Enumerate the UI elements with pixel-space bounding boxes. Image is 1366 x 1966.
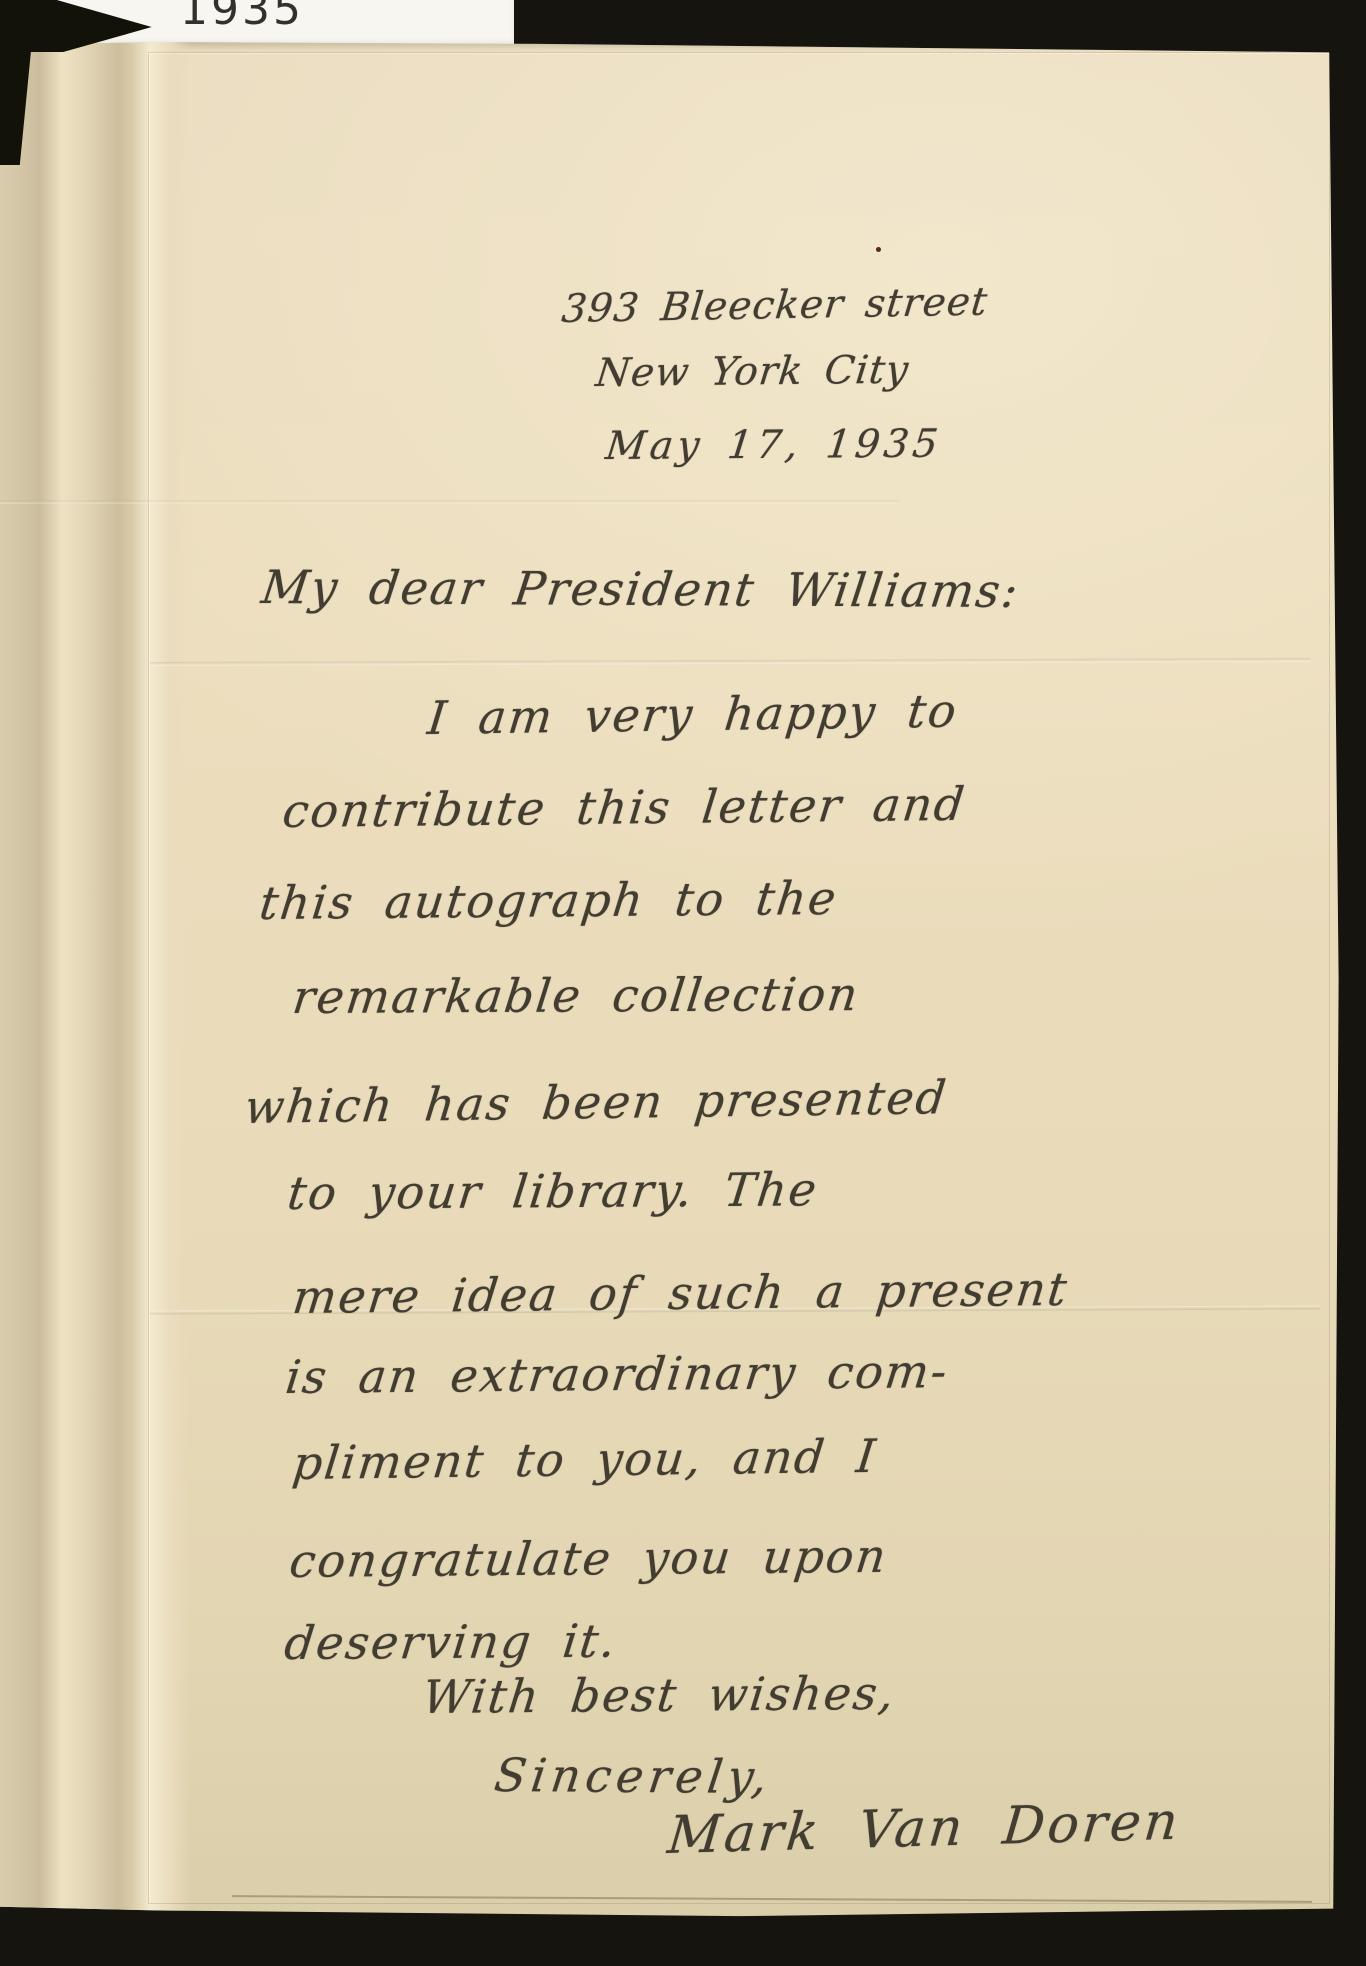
address-line: 393 Bleecker street	[560, 283, 990, 329]
page-gutter-fold	[0, 42, 190, 1918]
body-line: contribute this letter and	[280, 781, 968, 834]
body-line: this autograph to the	[257, 875, 840, 926]
address-line: New York City	[594, 351, 911, 393]
body-line: remarkable collection	[290, 971, 862, 1020]
date-line: May 17, 1935	[604, 425, 944, 466]
salutation: My dear President Williams:	[259, 564, 1022, 614]
body-line: to your library. The	[285, 1166, 820, 1216]
body-line: deserving it.	[282, 1618, 619, 1666]
year-label: 1935	[180, 0, 304, 35]
body-line: congratulate you upon	[287, 1533, 890, 1584]
signature: Mark Van Doren	[666, 1796, 1184, 1862]
closing-line: With best wishes,	[420, 1670, 898, 1720]
body-line: I am very happy to	[425, 688, 960, 741]
body-line: is an extraordinary com-	[283, 1348, 951, 1400]
paper-crease	[150, 658, 1310, 666]
underlying-page-edge	[232, 1895, 1312, 1903]
body-line: pliment to you, and I	[290, 1433, 879, 1486]
body-line: mere idea of such a present	[290, 1266, 1070, 1320]
signoff-line: Sincerely,	[492, 1752, 775, 1800]
letter-page: 393 Bleecker street New York City May 17…	[0, 42, 1344, 1918]
body-line: which has been presented	[242, 1074, 950, 1130]
scanned-book-page: 1935 393 Bleecker street New York City M…	[0, 0, 1366, 1966]
ink-speck	[876, 247, 881, 252]
